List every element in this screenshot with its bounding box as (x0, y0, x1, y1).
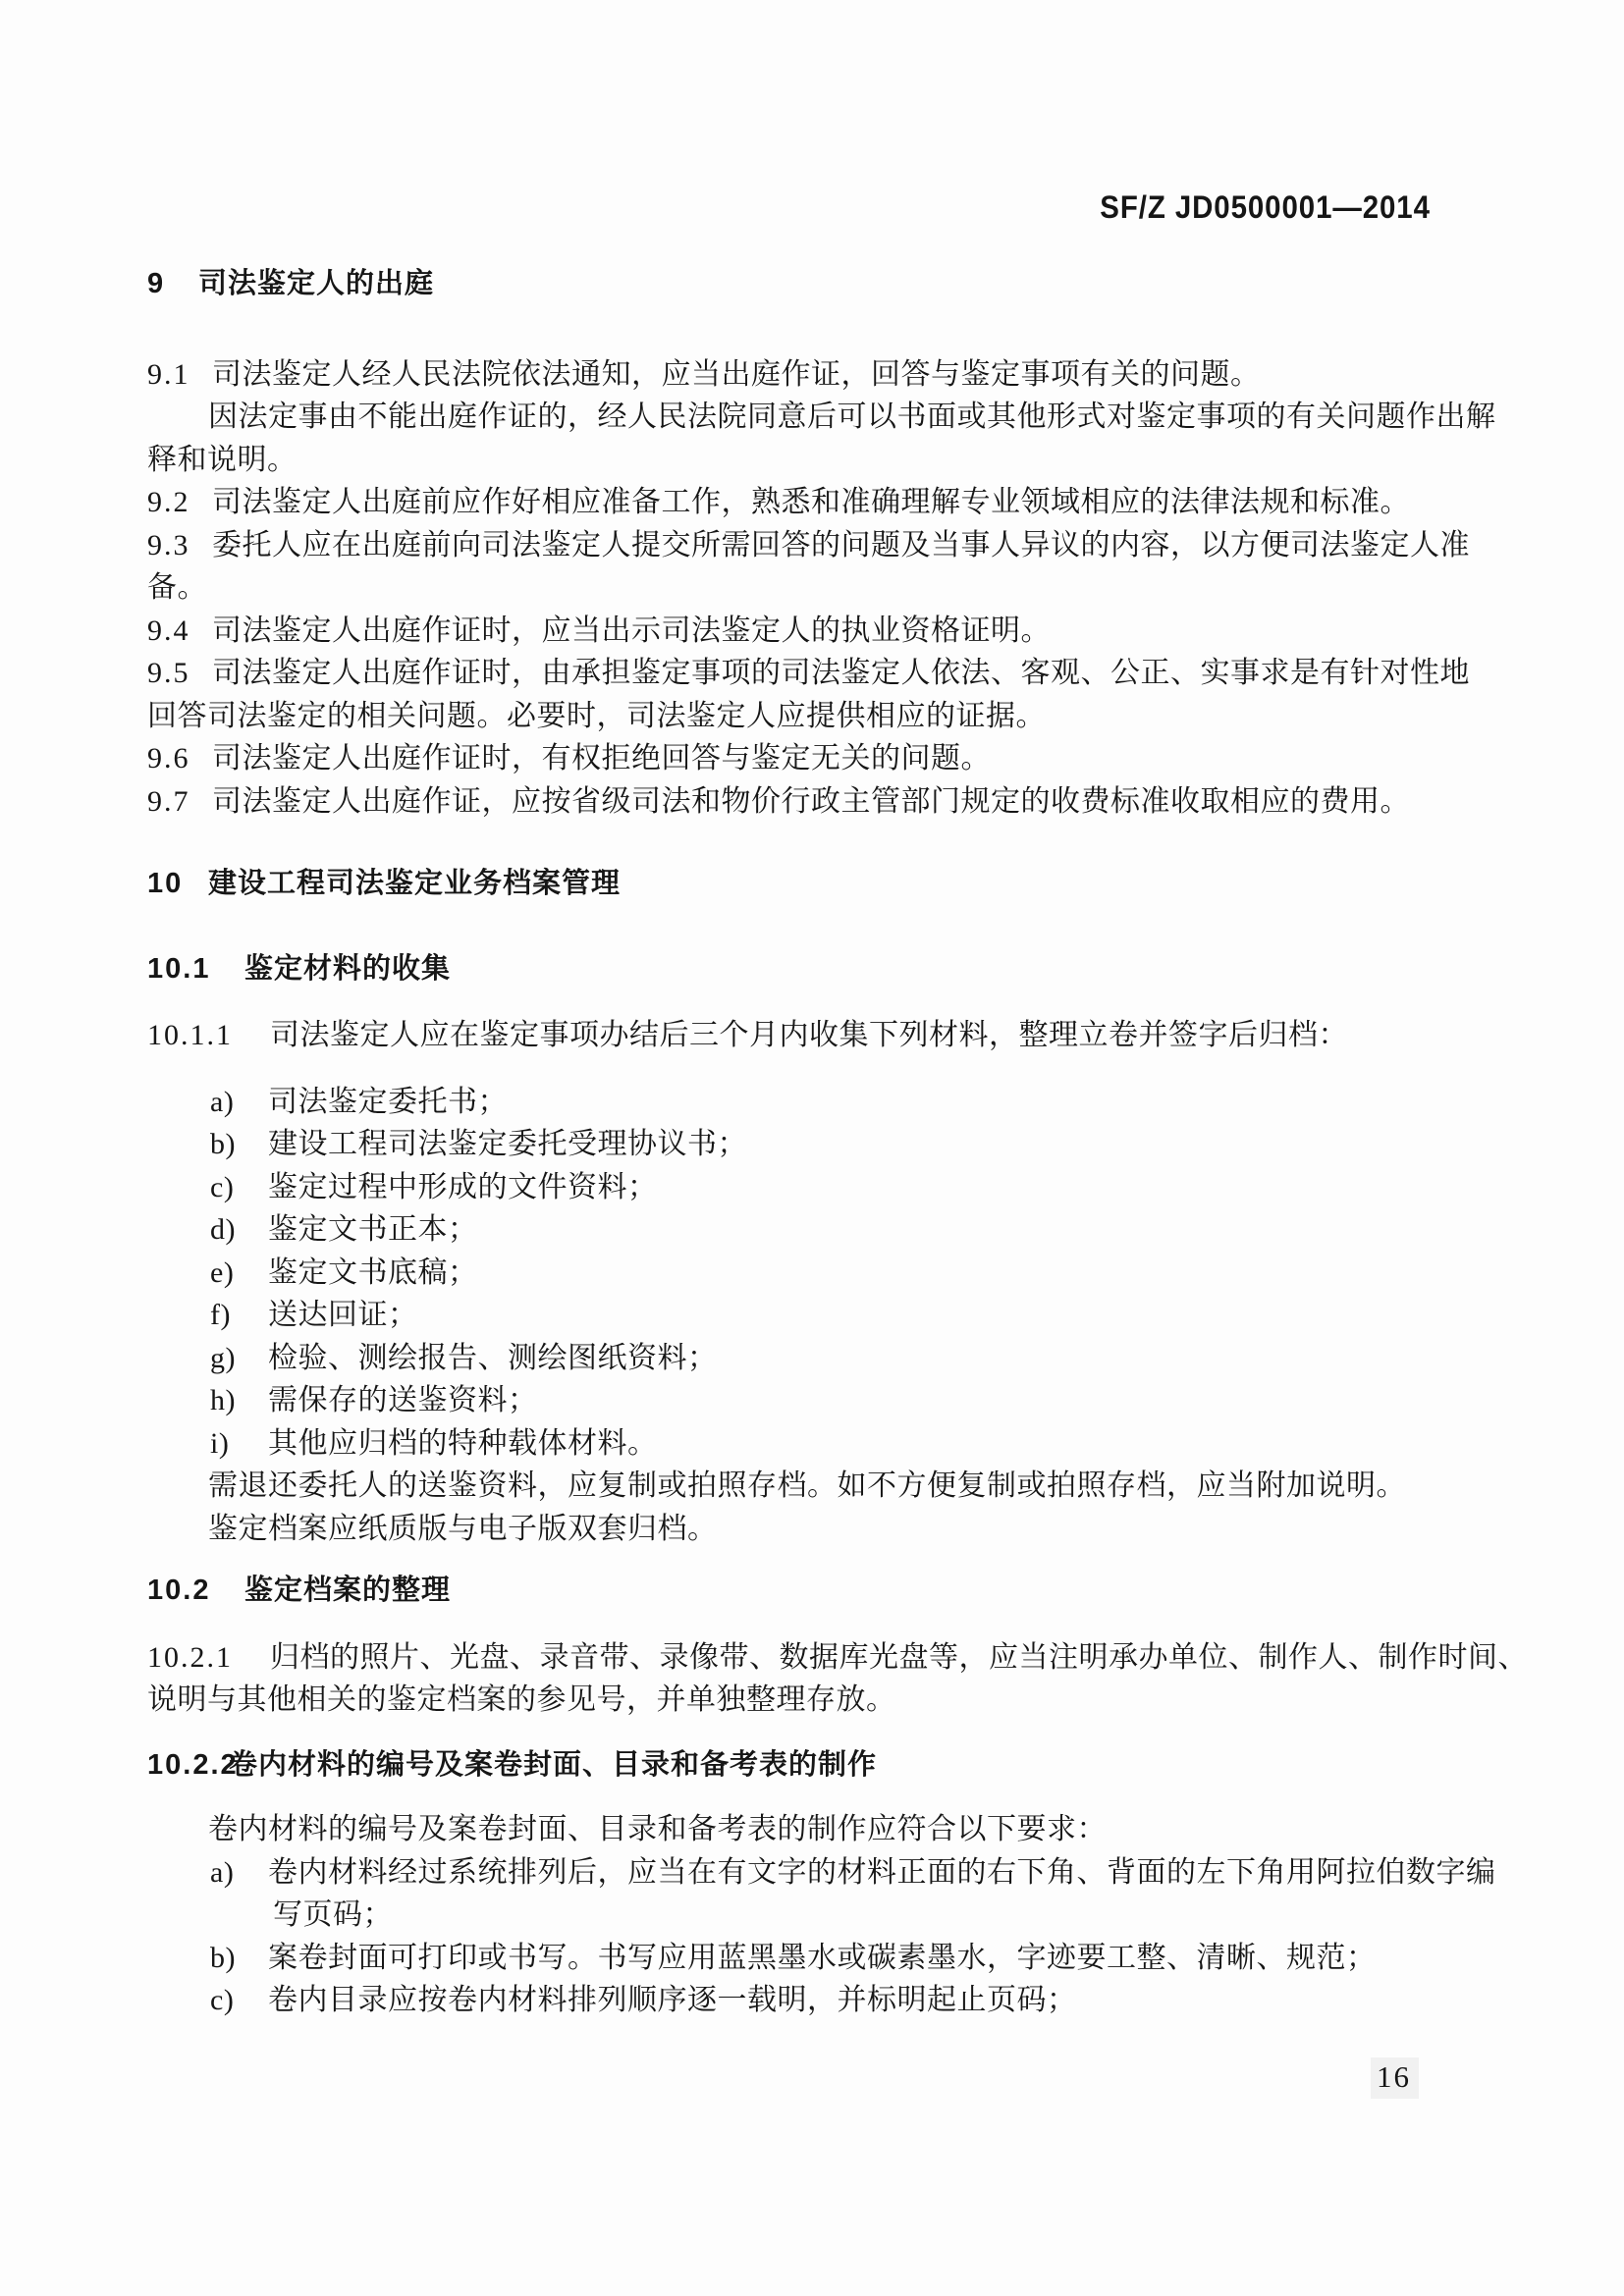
list-item: a)司法鉴定委托书； (147, 1081, 1483, 1124)
doc-line: 鉴定档案应纸质版与电子版双套归档。 (147, 1508, 1483, 1551)
clause-number: 9 (147, 263, 198, 306)
section-heading: 10建设工程司法鉴定业务档案管理 (147, 863, 1483, 906)
clause-text: 司法鉴定人出庭作证时，由承担鉴定事项的司法鉴定人依法、客观、公正、实事求是有针对… (212, 657, 1470, 689)
doc-line: 需退还委托人的送鉴资料，应复制或拍照存档。如不方便复制或拍照存档，应当附加说明。 (147, 1465, 1483, 1508)
clause-text: 释和说明。 (147, 444, 298, 476)
clause-text: 鉴定档案应纸质版与电子版双套归档。 (208, 1513, 718, 1545)
clause-number: 10.2.1 (147, 1636, 270, 1680)
clause-line: 9.2司法鉴定人出庭前应作好相应准备工作，熟悉和准确理解专业领域相应的法律法规和… (147, 481, 1483, 524)
list-item: g)检验、测绘报告、测绘图纸资料； (147, 1337, 1483, 1380)
list-item: h)需保存的送鉴资料； (147, 1379, 1483, 1422)
clause-text: 需退还委托人的送鉴资料，应复制或拍照存档。如不方便复制或拍照存档，应当附加说明。 (208, 1469, 1406, 1502)
list-text: 需保存的送鉴资料； (268, 1384, 538, 1416)
list-letter: g) (210, 1337, 268, 1380)
clause-line: 9.7司法鉴定人出庭作证，应按省级司法和物价行政主管部门规定的收费标准收取相应的… (147, 780, 1483, 824)
list-text: 建设工程司法鉴定委托受理协议书； (268, 1128, 747, 1160)
list-text: 鉴定文书正本； (268, 1213, 478, 1246)
doc-line: 说明与其他相关的鉴定档案的参见号，并单独整理存放。 (147, 1679, 1483, 1722)
list-item-continuation: 写页码； (147, 1894, 1483, 1937)
clause-text: 因法定事由不能出庭作证的，经人民法院同意后可以书面或其他形式对鉴定事项的有关问题… (208, 400, 1496, 433)
page-number: 16 (1371, 2057, 1419, 2099)
list-item: i)其他应归档的特种载体材料。 (147, 1422, 1483, 1466)
clause-number: 9.6 (147, 737, 212, 780)
doc-line: 卷内材料的编号及案卷封面、目录和备考表的制作应符合以下要求： (147, 1808, 1483, 1851)
list-letter: i) (210, 1422, 268, 1466)
clause-line: 10.1.1司法鉴定人应在鉴定事项办结后三个月内收集下列材料，整理立卷并签字后归… (147, 1014, 1483, 1057)
list-letter: b) (210, 1937, 268, 1980)
doc-code: SF/Z JD0500001—2014 (1100, 189, 1431, 226)
section-heading: 10.2鉴定档案的整理 (147, 1570, 1483, 1613)
clause-text: 司法鉴定人出庭作证时，应当出示司法鉴定人的执业资格证明。 (212, 614, 1051, 647)
list-text: 司法鉴定委托书； (268, 1086, 508, 1118)
list-text: 案卷封面可打印或书写。书写应用蓝黑墨水或碳素墨水，字迹要工整、清晰、规范； (268, 1942, 1377, 1974)
list-letter: d) (210, 1208, 268, 1252)
list-item: b)建设工程司法鉴定委托受理协议书； (147, 1123, 1483, 1166)
list-item: c)卷内目录应按卷内材料排列顺序逐一载明，并标明起止页码； (147, 1979, 1483, 2022)
clause-line: 9.4司法鉴定人出庭作证时，应当出示司法鉴定人的执业资格证明。 (147, 610, 1483, 653)
list-item: b)案卷封面可打印或书写。书写应用蓝黑墨水或碳素墨水，字迹要工整、清晰、规范； (147, 1937, 1483, 1980)
clause-number: 10.1.1 (147, 1014, 270, 1057)
clause-number: 9.7 (147, 780, 212, 824)
list-item: d)鉴定文书正本； (147, 1208, 1483, 1252)
list-item: f)送达回证； (147, 1294, 1483, 1337)
doc-line: 因法定事由不能出庭作证的，经人民法院同意后可以书面或其他形式对鉴定事项的有关问题… (147, 396, 1483, 439)
clause-line: 9.5司法鉴定人出庭作证时，由承担鉴定事项的司法鉴定人依法、客观、公正、实事求是… (147, 652, 1483, 695)
list-letter: b) (210, 1123, 268, 1166)
clause-number: 9.5 (147, 652, 212, 695)
clause-text: 司法鉴定人出庭作证时，有权拒绝回答与鉴定无关的问题。 (212, 742, 991, 774)
clause-text: 司法鉴定人应在鉴定事项办结后三个月内收集下列材料，整理立卷并签字后归档： (270, 1019, 1348, 1051)
doc-line: 备。 (147, 566, 1483, 610)
doc-line: 释和说明。 (147, 439, 1483, 482)
list-text: 鉴定文书底稿； (268, 1256, 478, 1289)
clause-text: 说明与其他相关的鉴定档案的参见号，并单独整理存放。 (147, 1683, 896, 1716)
clause-text: 备。 (147, 571, 207, 604)
clause-number: 10.2.2 (147, 1744, 229, 1788)
list-text: 其他应归档的特种载体材料。 (268, 1427, 658, 1460)
clause-text: 卷内材料的编号及案卷封面、目录和备考表的制作应符合以下要求： (208, 1813, 1107, 1845)
list-text: 鉴定过程中形成的文件资料； (268, 1171, 658, 1203)
clause-line: 9.1司法鉴定人经人民法院依法通知，应当出庭作证，回答与鉴定事项有关的问题。 (147, 353, 1483, 397)
list-text: 送达回证； (268, 1299, 418, 1331)
clause-number: 9.2 (147, 481, 212, 524)
section-heading: 9司法鉴定人的出庭 (147, 263, 1483, 306)
list-item: e)鉴定文书底稿； (147, 1252, 1483, 1295)
heading-text: 鉴定材料的收集 (244, 953, 451, 985)
heading-text: 鉴定档案的整理 (244, 1575, 451, 1606)
clause-line: 9.6司法鉴定人出庭作证时，有权拒绝回答与鉴定无关的问题。 (147, 737, 1483, 780)
section-heading: 10.1鉴定材料的收集 (147, 948, 1483, 991)
section-heading: 10.2.2卷内材料的编号及案卷封面、目录和备考表的制作 (147, 1744, 1483, 1788)
document-page: SF/Z JD0500001—2014 9司法鉴定人的出庭 9.1司法鉴定人经人… (0, 0, 1624, 2296)
clause-number: 10 (147, 863, 208, 906)
clause-number: 9.4 (147, 610, 212, 653)
list-letter: a) (210, 1081, 268, 1124)
clause-line: 9.3委托人应在出庭前向司法鉴定人提交所需回答的问题及当事人异议的内容，以方便司… (147, 524, 1483, 567)
clause-number: 10.1 (147, 948, 244, 991)
clause-number: 10.2 (147, 1570, 244, 1613)
list-letter: c) (210, 1166, 268, 1209)
clause-text: 回答司法鉴定的相关问题。必要时，司法鉴定人应提供相应的证据。 (147, 700, 1046, 732)
heading-text: 建设工程司法鉴定业务档案管理 (208, 868, 621, 899)
clause-text: 委托人应在出庭前向司法鉴定人提交所需回答的问题及当事人异议的内容，以方便司法鉴定… (212, 529, 1470, 561)
list-text: 卷内目录应按卷内材料排列顺序逐一载明，并标明起止页码； (268, 1984, 1077, 2016)
list-letter: a) (210, 1851, 268, 1895)
list-text: 写页码； (273, 1898, 393, 1931)
clause-text: 司法鉴定人出庭前应作好相应准备工作，熟悉和准确理解专业领域相应的法律法规和标准。 (212, 486, 1410, 518)
clause-number: 9.3 (147, 524, 212, 567)
clause-number: 9.1 (147, 353, 212, 397)
list-item: c)鉴定过程中形成的文件资料； (147, 1166, 1483, 1209)
list-text: 检验、测绘报告、测绘图纸资料； (268, 1342, 718, 1374)
heading-text: 卷内材料的编号及案卷封面、目录和备考表的制作 (229, 1749, 877, 1781)
clause-line: 10.2.1归档的照片、光盘、录音带、录像带、数据库光盘等，应当注明承办单位、制… (147, 1636, 1483, 1680)
list-item: a)卷内材料经过系统排列后，应当在有文字的材料正面的右下角、背面的左下角用阿拉伯… (147, 1851, 1483, 1895)
clause-text: 归档的照片、光盘、录音带、录像带、数据库光盘等，应当注明承办单位、制作人、制作时… (270, 1641, 1528, 1674)
list-letter: c) (210, 1979, 268, 2022)
list-letter: f) (210, 1294, 268, 1337)
list-letter: e) (210, 1252, 268, 1295)
list-letter: h) (210, 1379, 268, 1422)
document-body: 9司法鉴定人的出庭 9.1司法鉴定人经人民法院依法通知，应当出庭作证，回答与鉴定… (147, 263, 1483, 2022)
list-text: 卷内材料经过系统排列后，应当在有文字的材料正面的右下角、背面的左下角用阿拉伯数字… (268, 1856, 1496, 1889)
heading-text: 司法鉴定人的出庭 (198, 268, 434, 299)
doc-line: 回答司法鉴定的相关问题。必要时，司法鉴定人应提供相应的证据。 (147, 695, 1483, 738)
clause-text: 司法鉴定人经人民法院依法通知，应当出庭作证，回答与鉴定事项有关的问题。 (212, 358, 1261, 391)
clause-text: 司法鉴定人出庭作证，应按省级司法和物价行政主管部门规定的收费标准收取相应的费用。 (212, 785, 1410, 818)
